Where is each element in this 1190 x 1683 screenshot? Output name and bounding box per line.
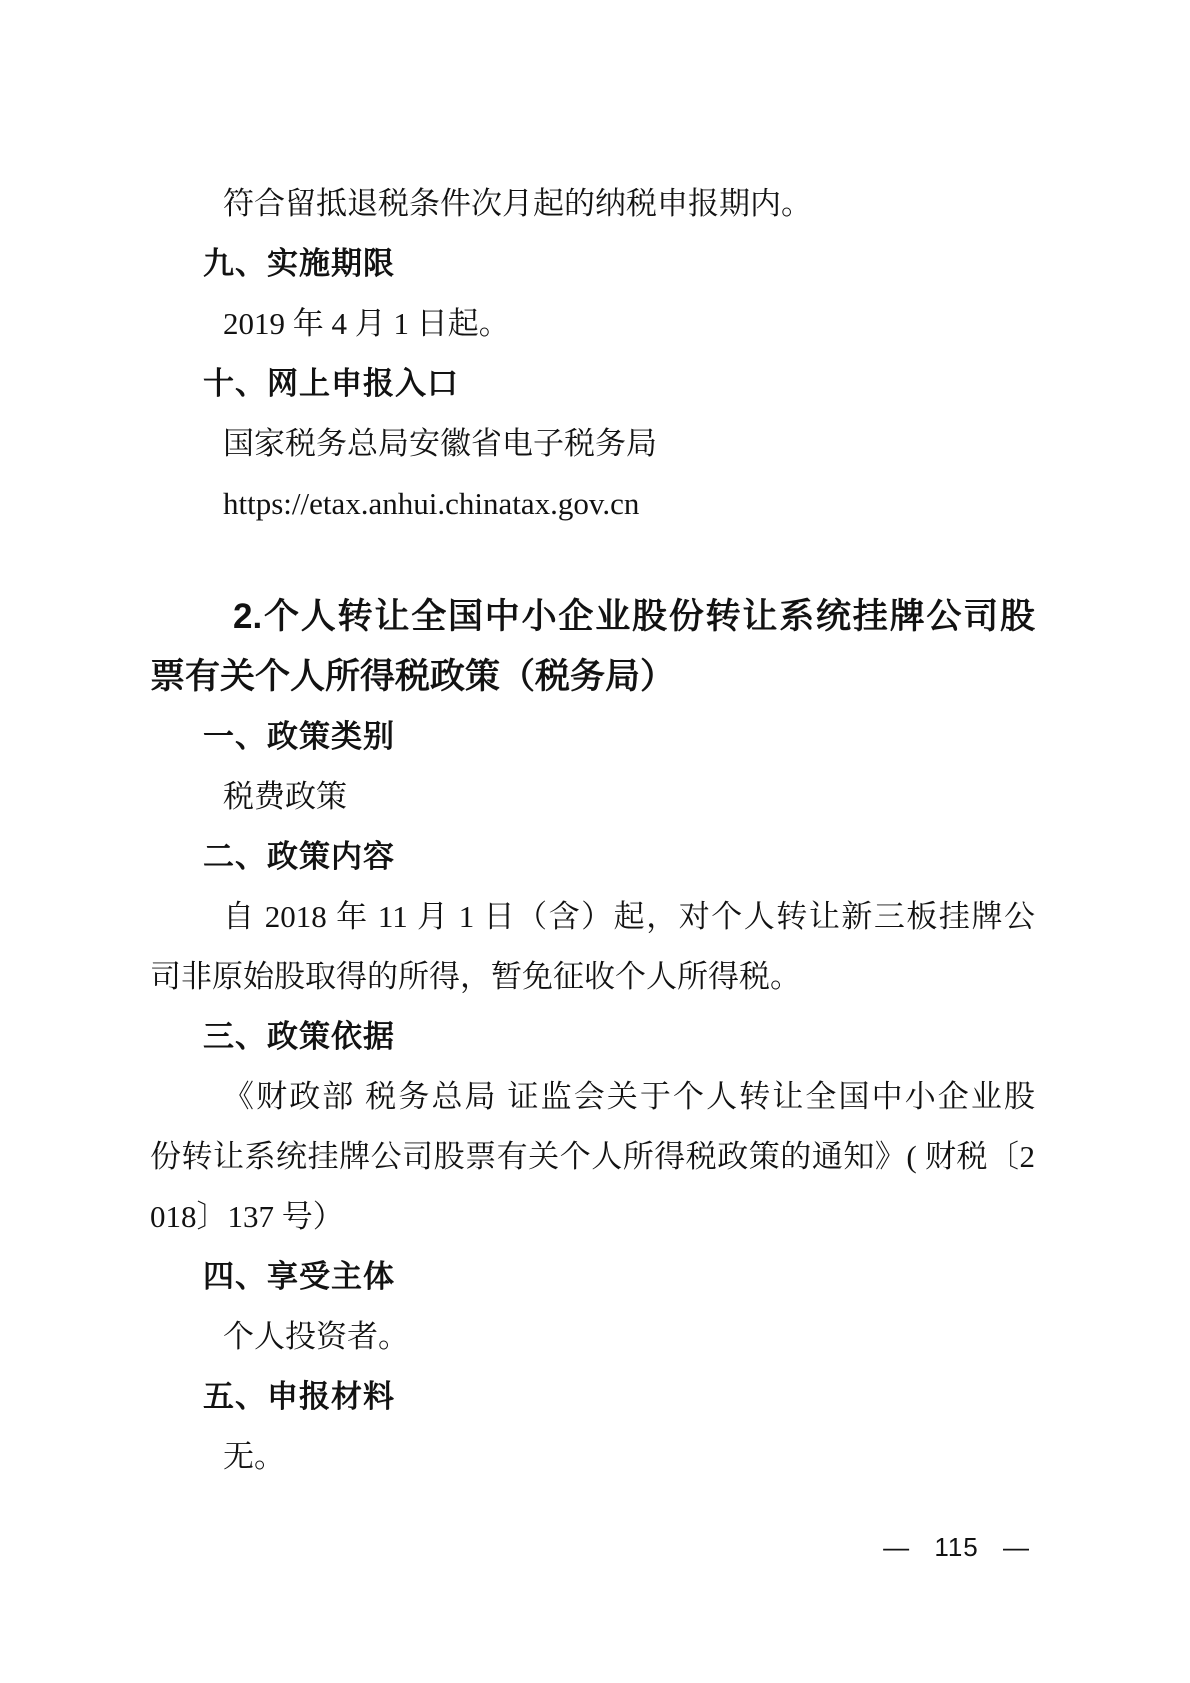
body-text-line: 无。 xyxy=(150,1427,1035,1487)
subsection-heading-9: 九、实施期限 xyxy=(150,234,1035,294)
subsection-heading-1: 一、政策类别 xyxy=(150,707,1035,767)
body-text-line: 份转让系统挂牌公司股票有关个人所得税政策的通知》( 财税〔2 xyxy=(150,1127,1035,1187)
body-text-line: 司非原始股取得的所得，暂免征收个人所得税。 xyxy=(150,947,1035,1007)
body-text-line: 2019 年 4 月 1 日起。 xyxy=(150,294,1035,354)
body-text-line: 《财政部 税务总局 证监会关于个人转让全国中小企业股 xyxy=(150,1067,1035,1127)
subsection-heading-3: 三、政策依据 xyxy=(150,1007,1035,1067)
subsection-heading-4: 四、享受主体 xyxy=(150,1247,1035,1307)
body-text-line: 国家税务总局安徽省电子税务局 xyxy=(150,414,1035,474)
section-title-line-1: 2.个人转让全国中小企业股份转让系统挂牌公司股 xyxy=(150,587,1035,647)
section-title-line-2: 票有关个人所得税政策（税务局） xyxy=(150,647,1035,707)
body-text-line: 符合留抵退税条件次月起的纳税申报期内。 xyxy=(150,174,1035,234)
body-text-line: 自 2018 年 11 月 1 日（含）起，对个人转让新三板挂牌公 xyxy=(150,887,1035,947)
subsection-heading-10: 十、网上申报入口 xyxy=(150,354,1035,414)
subsection-heading-5: 五、申报材料 xyxy=(150,1367,1035,1427)
body-text-line: 个人投资者。 xyxy=(150,1307,1035,1367)
url-text: https://etax.anhui.chinatax.gov.cn xyxy=(150,474,1035,534)
subsection-heading-2: 二、政策内容 xyxy=(150,827,1035,887)
body-text-line: 税费政策 xyxy=(150,767,1035,827)
document-content: 符合留抵退税条件次月起的纳税申报期内。 九、实施期限 2019 年 4 月 1 … xyxy=(150,174,1035,1487)
document-page: 符合留抵退税条件次月起的纳税申报期内。 九、实施期限 2019 年 4 月 1 … xyxy=(0,0,1190,1683)
body-text-line: 018〕137 号） xyxy=(150,1187,1035,1247)
page-number: — 115 — xyxy=(883,1532,1030,1563)
